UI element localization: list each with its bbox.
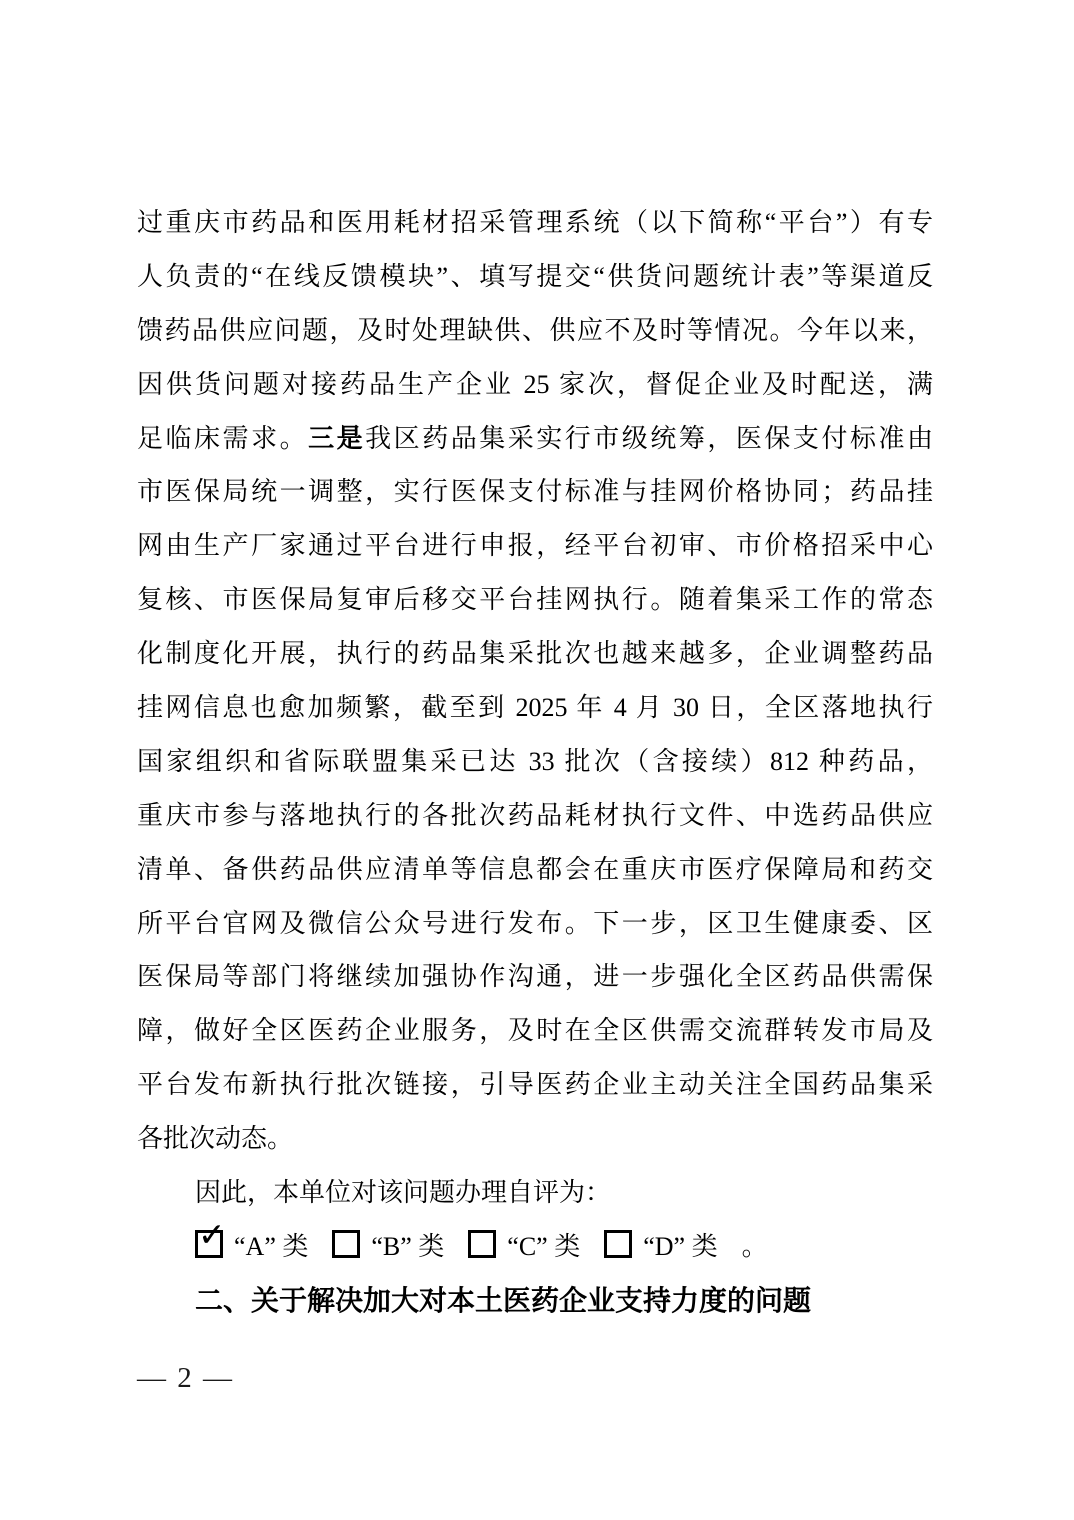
page-number: — 2 —	[137, 1362, 234, 1395]
rating-option-label: “C” 类	[507, 1232, 580, 1261]
body-line: 挂网信息也愈加频繁，截至到 2025 年 4 月 30 日，全区落地执行	[137, 681, 933, 735]
body-line: 化制度化开展，执行的药品集采批次也越来越多，企业调整药品	[137, 627, 933, 681]
body-line: 人负责的“在线反馈模块”、填写提交“供货问题统计表”等渠道反	[137, 250, 933, 304]
checkbox-unchecked-icon	[332, 1230, 360, 1258]
body-line: 馈药品供应问题，及时处理缺供、供应不及时等情况。今年以来，	[137, 304, 933, 358]
checkmark-icon: ✓	[198, 1217, 226, 1253]
body-line: 所平台官网及微信公众号进行发布。下一步，区卫生健康委、区	[137, 897, 933, 951]
checkbox-checked-icon: ✓	[195, 1230, 223, 1258]
checkbox-unchecked-icon	[468, 1230, 496, 1258]
rating-option-d: “D” 类	[604, 1232, 717, 1261]
body-line: 医保局等部门将继续加强协作沟通，进一步强化全区药品供需保	[137, 950, 933, 1004]
rating-option-b: “B” 类	[332, 1232, 444, 1261]
rating-option-a: ✓“A” 类	[195, 1232, 308, 1261]
body-line: 足临床需求。三是我区药品集采实行市级统筹，医保支付标准由	[137, 412, 933, 466]
self-eval-intro: 因此，本单位对该问题办理自评为：	[137, 1166, 933, 1220]
body-text: 足临床需求。	[137, 424, 308, 453]
body-line: 过重庆市药品和医用耗材招采管理系统（以下简称“平台”）有专	[137, 196, 933, 250]
body-line: 国家组织和省际联盟集采已达 33 批次（含接续）812 种药品，	[137, 735, 933, 789]
rating-option-label: “B” 类	[371, 1232, 444, 1261]
document-page: 过重庆市药品和医用耗材招采管理系统（以下简称“平台”）有专 人负责的“在线反馈模…	[0, 0, 1074, 1520]
body-line: 因供货问题对接药品生产企业 25 家次，督促企业及时配送，满	[137, 358, 933, 412]
rating-option-c: “C” 类	[468, 1232, 580, 1261]
body-text: 我区药品集采实行市级统筹，医保支付标准由	[365, 424, 933, 453]
rating-option-label: “A” 类	[234, 1232, 308, 1261]
rating-option-label: “D” 类	[643, 1232, 717, 1261]
checkbox-unchecked-icon	[604, 1230, 632, 1258]
body-line: 网由生产厂家通过平台进行申报，经平台初审、市价格招采中心	[137, 519, 933, 573]
body-line: 复核、市医保局复审后移交平台挂网执行。随着集采工作的常态	[137, 573, 933, 627]
sentence-period: 。	[742, 1232, 768, 1261]
section-heading: 二、关于解决加大对本土医药企业支持力度的问题	[137, 1274, 933, 1328]
self-eval-options: ✓“A” 类“B” 类“C” 类“D” 类。	[137, 1220, 933, 1274]
body-line: 重庆市参与落地执行的各批次药品耗材执行文件、中选药品供应	[137, 789, 933, 843]
body-line: 各批次动态。	[137, 1112, 933, 1166]
body-line: 清单、备供药品供应清单等信息都会在重庆市医疗保障局和药交	[137, 843, 933, 897]
body-line: 平台发布新执行批次链接，引导医药企业主动关注全国药品集采	[137, 1058, 933, 1112]
document-body: 过重庆市药品和医用耗材招采管理系统（以下简称“平台”）有专 人负责的“在线反馈模…	[137, 196, 933, 1328]
body-line: 障，做好全区医药企业服务，及时在全区供需交流群转发市局及	[137, 1004, 933, 1058]
emphasis-text: 三是	[308, 424, 365, 453]
body-line: 市医保局统一调整，实行医保支付标准与挂网价格协同；药品挂	[137, 465, 933, 519]
